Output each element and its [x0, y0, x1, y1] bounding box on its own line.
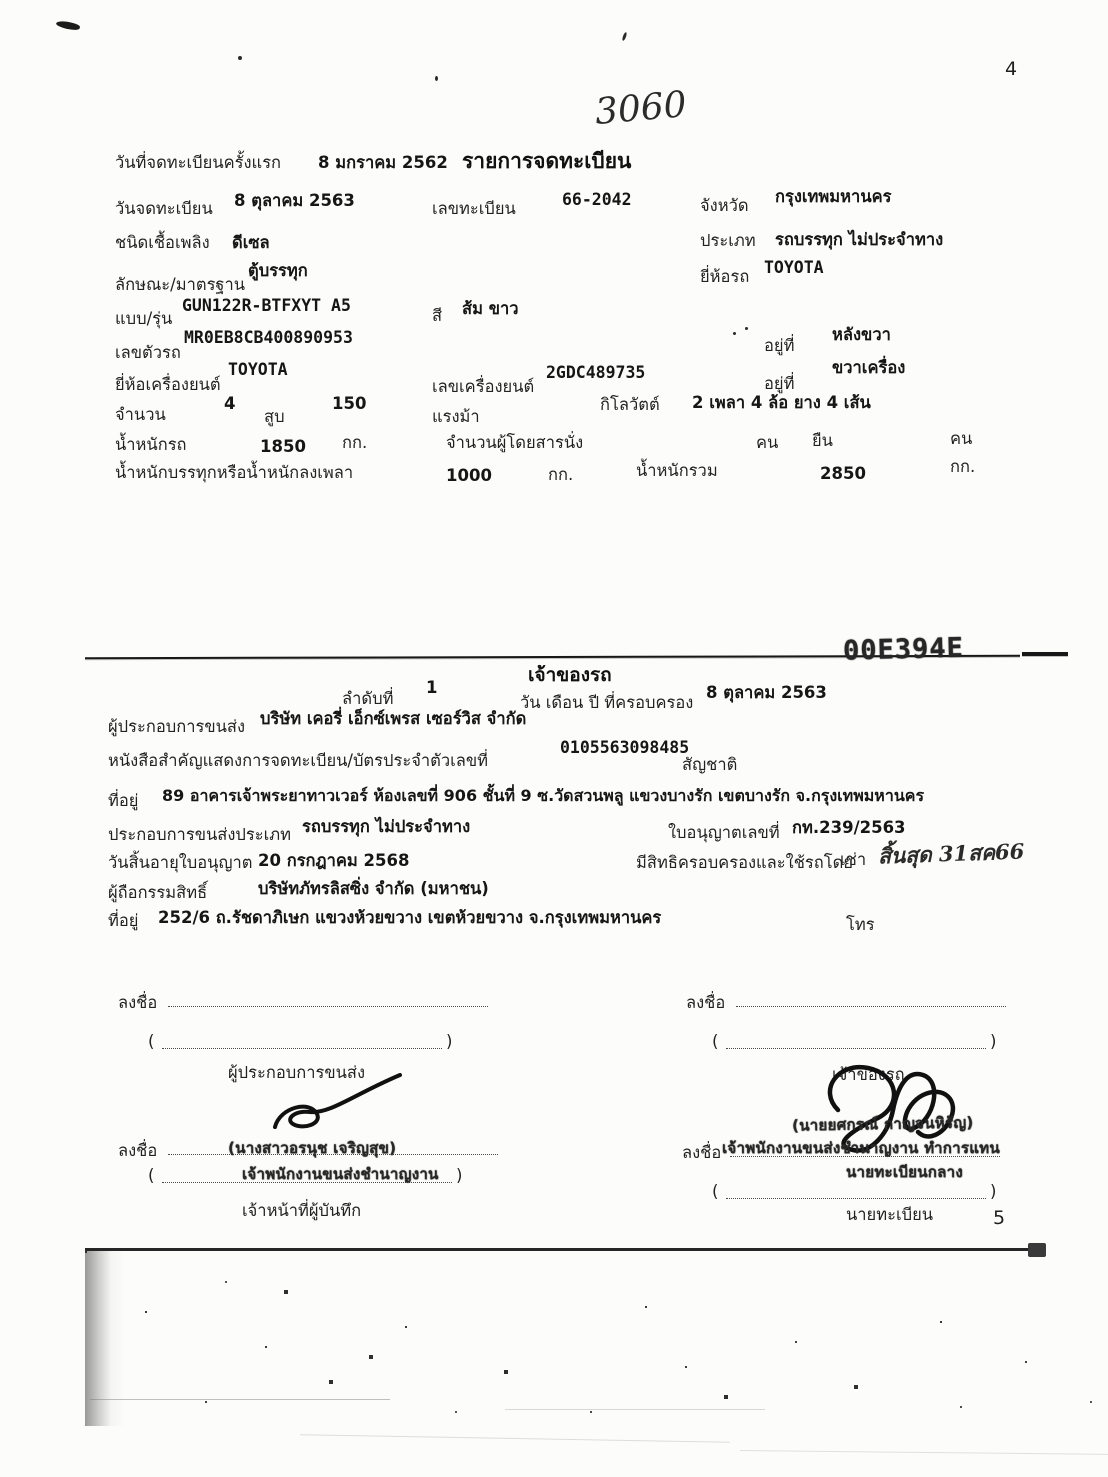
load-weight-value: 1000 — [446, 466, 492, 485]
signature-dotted-line — [168, 992, 488, 1007]
axle-wheel-tyre-value: 2 เพลา 4 ล้อ ยาง 4 เส้น — [692, 390, 871, 416]
color-value: ส้ม ขาว — [462, 296, 519, 322]
vehicle-weight-label: น้ำหนักรถ — [115, 432, 187, 458]
operation-type-label: ประกอบการขนส่งประเภท — [108, 822, 291, 848]
vehicle-weight-unit: กก. — [342, 430, 367, 456]
engine-number-value: 2GDC489735 — [546, 363, 645, 382]
gross-weight-label: น้ำหนักรวม — [636, 458, 718, 484]
scan-corner-blob — [1028, 1243, 1046, 1257]
scan-edge-band — [85, 1248, 1043, 1426]
registrar-stamp-title2: นายทะเบียนกลาง — [846, 1160, 963, 1184]
stamped-code: 00E394E — [843, 632, 965, 666]
body-style-label: ลักษณะ/มาตรฐาน — [115, 272, 245, 298]
nationality-label: สัญชาติ — [682, 752, 737, 778]
standing-label: ยืน — [812, 428, 833, 454]
operator-address-label: ที่อยู่ — [108, 788, 138, 814]
scan-faint-line — [90, 1399, 390, 1400]
name-dotted-line — [162, 1034, 442, 1049]
cylinders-value: 4 — [224, 394, 235, 413]
paren-close: ) — [456, 1166, 462, 1185]
transport-operator-label: ผู้ประกอบการขนส่ง — [108, 714, 245, 740]
province-label: จังหวัด — [700, 193, 749, 219]
sign-label-operator: ลงชื่อ — [118, 990, 157, 1016]
engine-position-value: ขวาเครื่อง — [832, 355, 905, 381]
license-expiry-label: วันสิ้นอายุใบอนุญาต — [108, 850, 253, 876]
reg-date-label: วันจดทะเบียน — [115, 196, 213, 222]
possession-date-label: วัน เดือน ปี ที่ครอบครอง — [520, 690, 693, 716]
signature-dotted-line — [736, 992, 1006, 1007]
possession-date-value: 8 ตุลาคม 2563 — [706, 680, 827, 706]
horsepower-value: 150 — [332, 394, 366, 413]
province-value: กรุงเทพมหานคร — [775, 184, 892, 210]
paren-close: ) — [990, 1182, 996, 1201]
name-dotted-line — [726, 1184, 986, 1199]
registrar-stamp-name: (นายยศกรณ์ กาญจนหิรัญ) — [792, 1110, 974, 1137]
possession-right-label: มีสิทธิครอบครองและใช้รถโดย — [636, 850, 853, 876]
operation-type-value: รถบรรทุก ไม่ประจำทาง — [302, 814, 470, 840]
paren-close: ) — [990, 1032, 996, 1051]
recorder-stamp-name: (นางสาวอรนุช เจริญสุข) — [228, 1136, 396, 1160]
seated-passengers-label: จำนวนผู้โดยสารนั่ง — [446, 430, 583, 456]
engine-brand-value: TOYOTA — [228, 360, 288, 379]
operator-address-value: 89 อาคารเจ้าพระยาทาวเวอร์ ห้องเลขที่ 906… — [162, 784, 924, 809]
seated-passengers-unit: คน — [756, 430, 778, 456]
scan-artifact-dot — [435, 76, 438, 81]
registrar-stamp-title: เจ้าพนักงานขนส่งชำนาญงาน ทำการแทน — [722, 1136, 1000, 1160]
cylinders-unit: สูบ — [264, 404, 285, 430]
scan-artifact-dot — [733, 332, 736, 335]
first-reg-date-value: 8 มกราคม 2562 — [318, 150, 448, 176]
model-label: แบบ/รุ่น — [115, 306, 172, 332]
paren-open: ( — [712, 1182, 718, 1201]
scan-artifact-dot — [238, 56, 242, 60]
transport-operator-value: บริษัท เคอรี่ เอ็กซ์เพรส เซอร์วิส จำกัด — [260, 706, 526, 732]
holder-address-value: 252/6 ถ.รัชดาภิเษก แขวงห้วยขวาง เขตห้วยข… — [158, 905, 661, 931]
reg-date-value: 8 ตุลาคม 2563 — [234, 188, 355, 214]
gross-weight-value: 2850 — [820, 464, 866, 483]
fuel-type-value: ดีเซล — [232, 230, 270, 256]
license-expiry-value: 20 กรกฎาคม 2568 — [258, 848, 409, 874]
body-style-value: ตู้บรรทุก — [248, 258, 308, 284]
sign-label-registrar: ลงชื่อ — [682, 1140, 721, 1166]
engine-brand-label: ยี่ห้อเครื่องยนต์ — [115, 372, 221, 398]
scan-faint-curve — [740, 1450, 1108, 1455]
chassis-position-value: หลังขวา — [832, 322, 891, 348]
possession-right-value: เช่า — [840, 847, 866, 873]
vehicle-weight-value: 1850 — [260, 437, 306, 456]
fuel-type-label: ชนิดเชื้อเพลิง — [115, 230, 210, 256]
sign-label-recorder: ลงชื่อ — [118, 1138, 157, 1164]
reg-number-label: เลขทะเบียน — [432, 196, 516, 222]
holder-address-label: ที่อยู่ — [108, 908, 138, 934]
section-title-owner: เจ้าของรถ — [528, 660, 612, 690]
scanned-registration-document: 4 3060 วันที่จดทะเบียนครั้งแรก 8 มกราคม … — [0, 0, 1108, 1477]
chassis-number-label: เลขตัวรถ — [115, 340, 181, 366]
vehicle-type-value: รถบรรทุก ไม่ประจำทาง — [775, 227, 943, 253]
handwritten-end-date: สิ้นสุด 31สค66 — [877, 835, 1024, 873]
page-number-top: 4 — [1005, 58, 1017, 80]
license-number-label: ใบอนุญาตเลขที่ — [668, 820, 780, 846]
sequence-value: 1 — [426, 678, 437, 697]
name-dotted-line — [726, 1034, 986, 1049]
registrar-caption: นายทะเบียน — [846, 1202, 933, 1228]
scan-artifact-squiggle — [56, 20, 81, 32]
recorder-caption: เจ้าหน้าที่ผู้บันทึก — [242, 1198, 361, 1224]
first-reg-date-label: วันที่จดทะเบียนครั้งแรก — [115, 150, 281, 176]
section-title-registration: รายการจดทะเบียน — [462, 145, 631, 178]
paren-open: ( — [148, 1032, 154, 1051]
chassis-number-value: MR0EB8CB400890953 — [184, 328, 353, 347]
scan-faint-line — [505, 1409, 765, 1410]
title-holder-label: ผู้ถือกรรมสิทธิ์ — [108, 880, 207, 906]
kilowatt-label: กิโลวัตต์ — [600, 392, 660, 418]
sign-label-owner: ลงชื่อ — [686, 990, 725, 1016]
load-weight-label: น้ำหนักบรรทุกหรือน้ำหนักลงเพลา — [115, 460, 353, 486]
recorder-stamp-title: เจ้าพนักงานขนส่งชำนาญงาน — [242, 1162, 439, 1186]
engine-number-label: เลขเครื่องยนต์ — [432, 374, 534, 400]
model-value: GUN122R-BTFXYT A5 — [182, 296, 351, 315]
gross-weight-unit: กก. — [950, 454, 975, 480]
paren-open: ( — [712, 1032, 718, 1051]
paren-close: ) — [446, 1032, 452, 1051]
registration-id-label: หนังสือสำคัญแสดงการจดทะเบียน/บัตรประจำตั… — [108, 748, 488, 774]
cylinders-label: จำนวน — [115, 402, 166, 428]
vehicle-type-label: ประเภท — [700, 228, 756, 254]
chassis-position-label: อยู่ที่ — [764, 333, 794, 359]
handwritten-number: 3060 — [593, 84, 688, 133]
phone-label: โทร — [846, 912, 875, 938]
horsepower-label: แรงม้า — [432, 404, 480, 430]
reg-number-value: 66-2042 — [562, 190, 632, 209]
scan-noise-specks — [85, 1251, 87, 1253]
registration-id-value: 0105563098485 — [560, 738, 689, 757]
standing-unit: คน — [950, 426, 972, 452]
vehicle-brand-value: TOYOTA — [764, 258, 824, 277]
divider-end-dash — [1022, 652, 1068, 656]
vehicle-brand-label: ยี่ห้อรถ — [700, 264, 749, 290]
title-holder-value: บริษัทภัทรลิสซิ่ง จำกัด (มหาชน) — [258, 876, 489, 902]
color-label: สี — [432, 303, 442, 329]
page-number-bottom: 5 — [993, 1207, 1005, 1229]
scan-faint-curve — [300, 1434, 730, 1443]
scan-artifact-dot — [745, 327, 748, 330]
license-number-value: กท.239/2563 — [792, 815, 906, 841]
paren-open: ( — [148, 1166, 154, 1185]
load-weight-unit: กก. — [548, 462, 573, 488]
scan-artifact-dot — [622, 32, 628, 41]
